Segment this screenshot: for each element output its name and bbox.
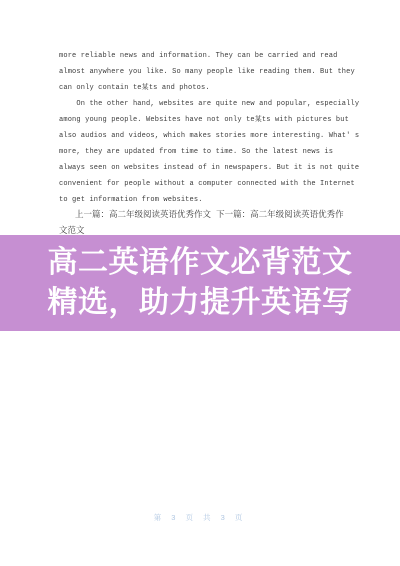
paragraph-line: among young people. Websites have not on… [59, 112, 359, 128]
paragraph-line: more, they are updated from time to time… [59, 144, 359, 160]
page-indicator: 第 3 页 共 3 页 [0, 512, 400, 523]
prev-label: 上一篇： [75, 210, 109, 220]
prev-title: 高二年级阅读英语优秀作文 [109, 210, 211, 220]
paragraph-line: almost anywhere you like. So many people… [59, 64, 359, 80]
title-banner: 高二英语作文必背范文 精选，助力提升英语写 [0, 235, 400, 331]
article-page: more reliable news and information. They… [0, 0, 400, 566]
banner-title-line-2: 精选，助力提升英语写 [48, 283, 353, 323]
prev-article-link[interactable]: 上一篇：高二年级阅读英语优秀作文 [75, 210, 211, 220]
banner-title-line-1: 高二英语作文必背范文 [48, 243, 353, 283]
paragraph-line: more reliable news and information. They… [59, 48, 359, 64]
paragraph-line: also audios and videos, which makes stor… [59, 128, 359, 144]
paragraph-line: can only contain te某ts and photos. [59, 80, 359, 96]
paragraph-line: always seen on websites instead of in ne… [59, 160, 359, 176]
paragraph-line: On the other hand, websites are quite ne… [59, 96, 359, 112]
paragraph-line: convenient for people without a computer… [59, 176, 359, 192]
essay-body: more reliable news and information. They… [59, 48, 359, 208]
paragraph-line: to get information from websites. [59, 192, 359, 208]
next-label: 下一篇： [216, 210, 250, 220]
